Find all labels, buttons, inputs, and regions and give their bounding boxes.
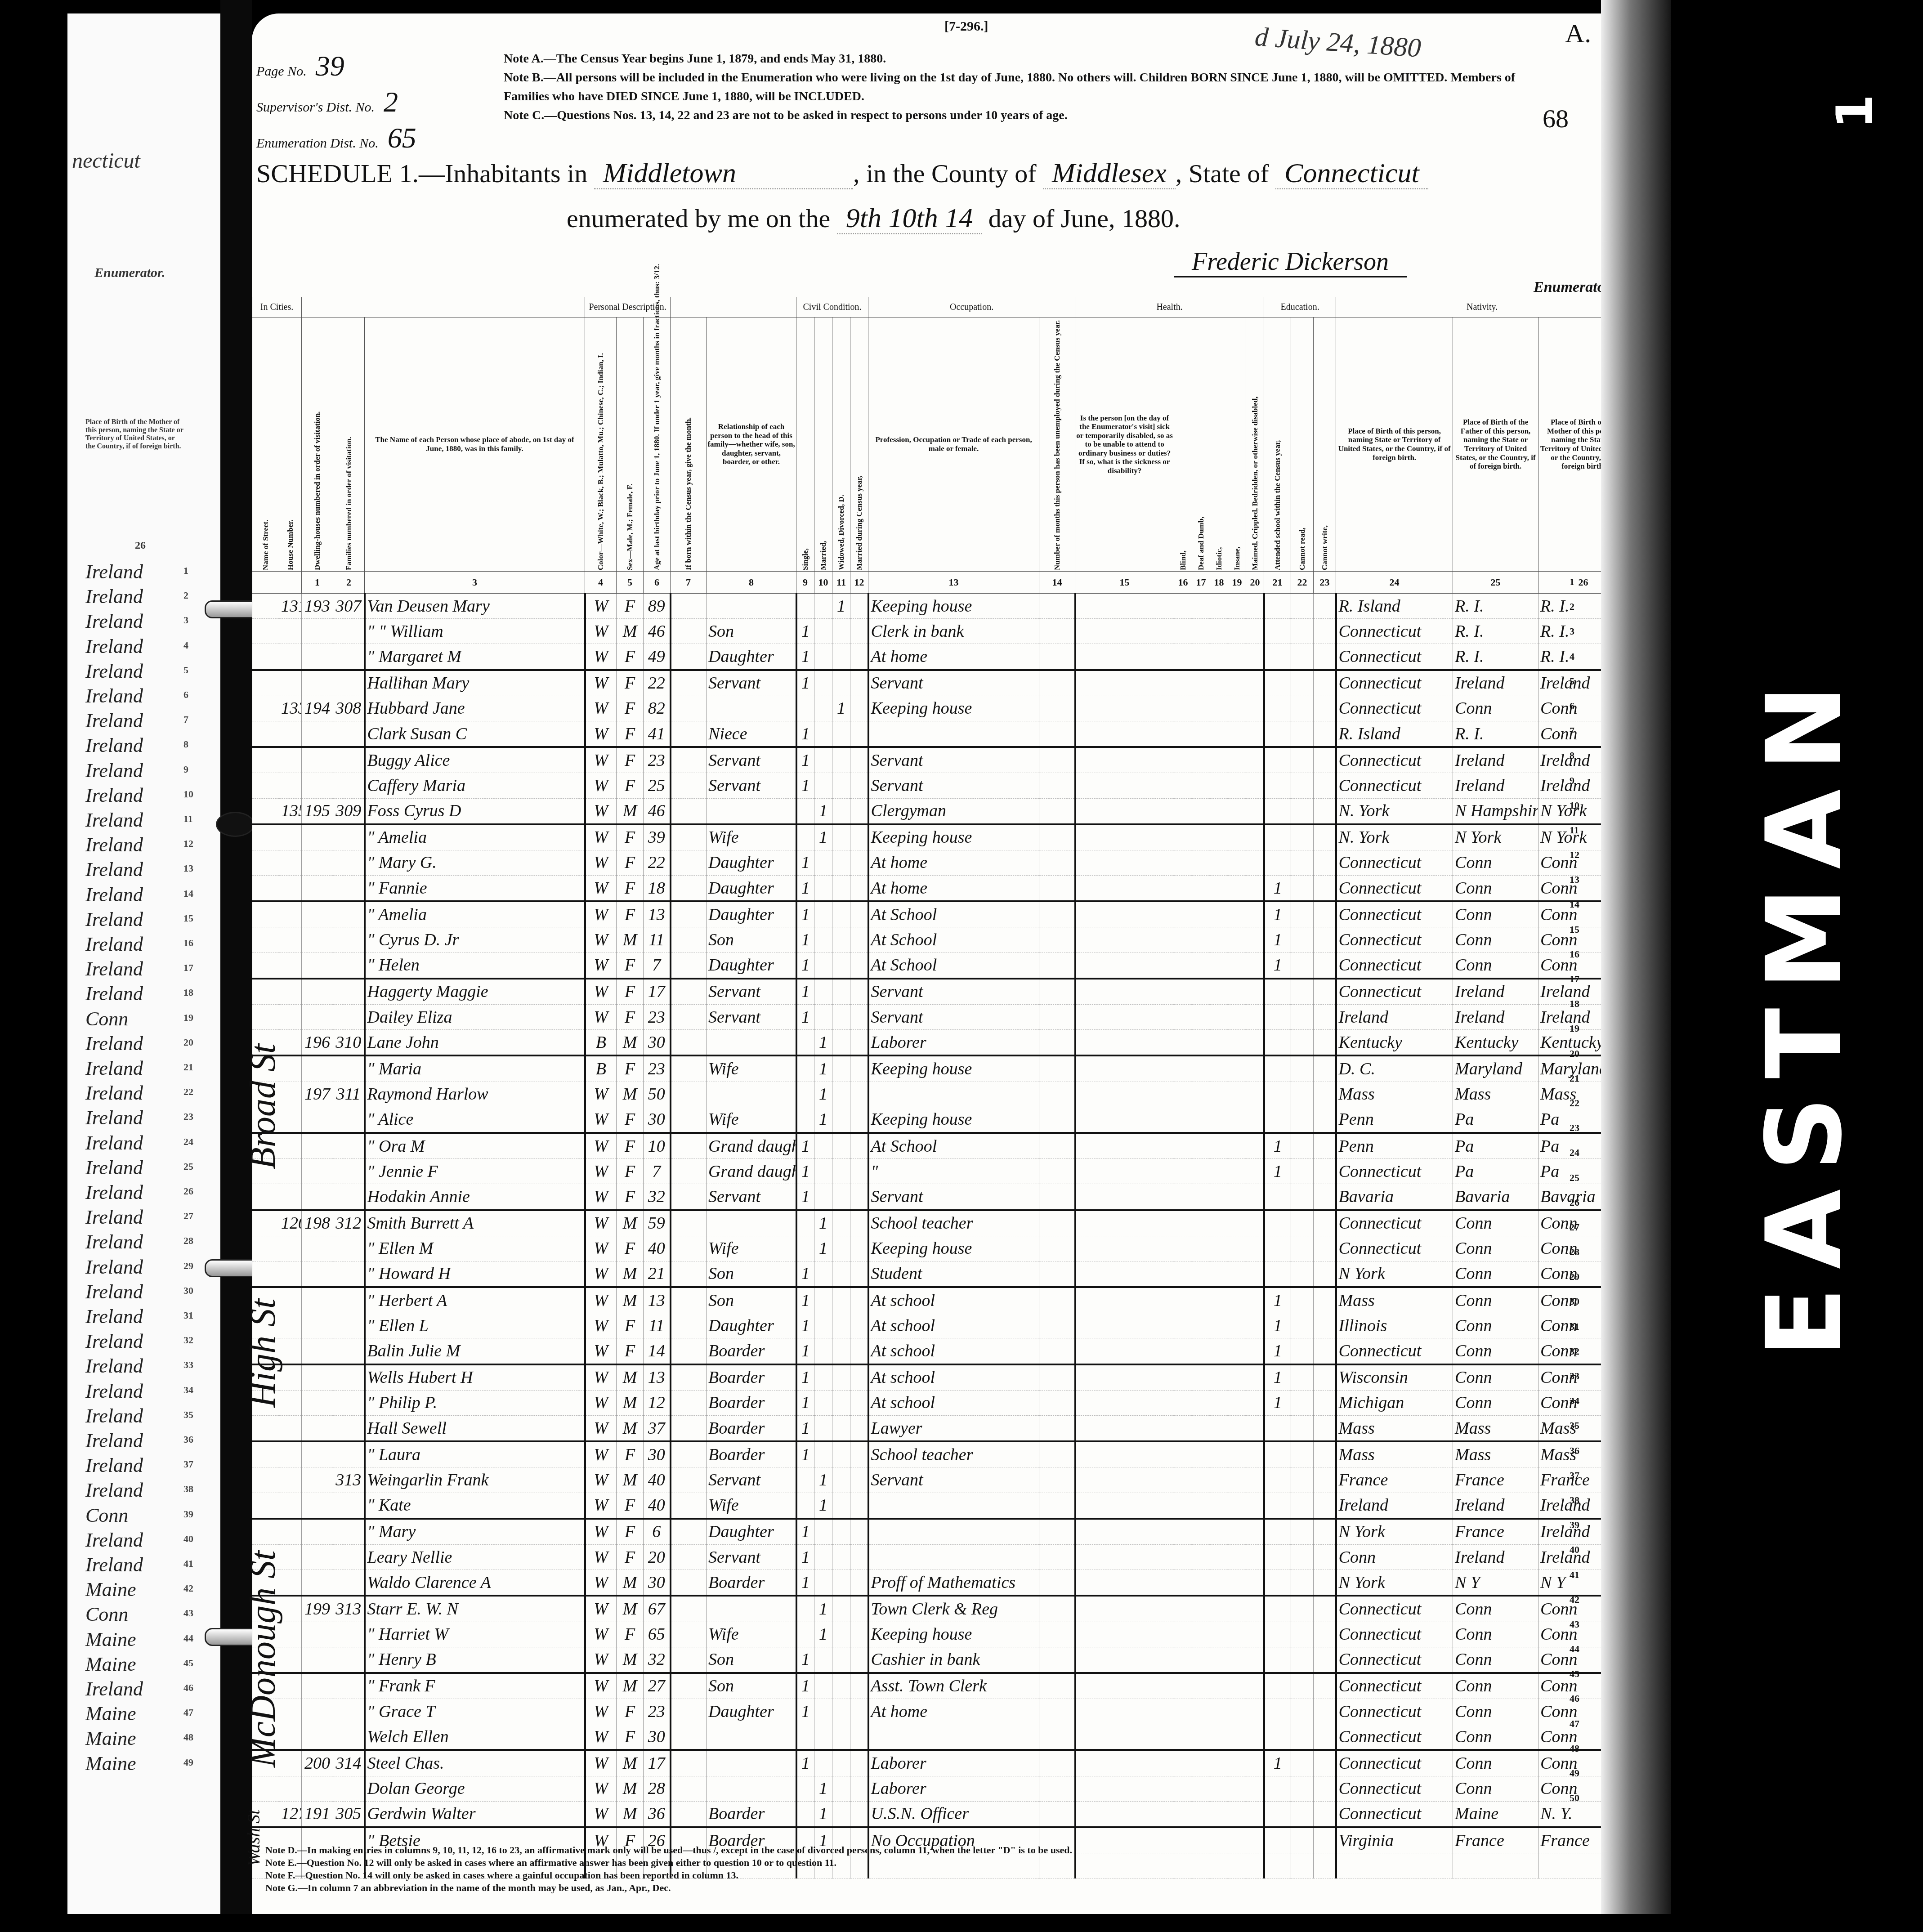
cell-color: B [585, 1030, 617, 1056]
cell-color: W [585, 1544, 617, 1570]
cell-read [1291, 1699, 1314, 1724]
cell-insane [1228, 1493, 1246, 1519]
cell-fam [333, 1776, 365, 1801]
cell-month [671, 1673, 707, 1699]
cell-sex: F [617, 876, 644, 902]
cell-sex: M [617, 1647, 644, 1673]
cell-read [1291, 798, 1314, 824]
cell-fam: 312 [333, 1210, 365, 1236]
column-number: 20 [1246, 572, 1264, 594]
cell-deaf [1192, 1030, 1210, 1056]
cell-school [1264, 619, 1291, 644]
cell-father: Ireland [1453, 979, 1538, 1005]
cell-age: 32 [644, 1647, 671, 1673]
cell-unemp [1039, 876, 1075, 902]
cell-widowed [832, 953, 850, 979]
cell-insane [1228, 876, 1246, 902]
cell-single: 1 [796, 1005, 814, 1030]
cell-maimed [1246, 1750, 1264, 1776]
cell-blind [1174, 1596, 1192, 1622]
cell-idiot [1210, 979, 1228, 1005]
supervisor-district-value: 2 [384, 86, 398, 118]
cell-age: 67 [644, 1596, 671, 1622]
cell-name: Clark Susan C [365, 721, 585, 747]
cell-married: 1 [814, 1107, 832, 1133]
cell-sex: M [617, 1596, 644, 1622]
cell-occ: Servant [868, 979, 1039, 1005]
cell-birth: Connecticut [1336, 953, 1453, 979]
cell-age: 13 [644, 901, 671, 927]
cell-write [1314, 1390, 1336, 1415]
cell-maimed [1246, 1184, 1264, 1210]
cell-sick [1075, 721, 1174, 747]
cell-color: W [585, 1236, 617, 1261]
cell-birth: N York [1336, 1261, 1453, 1287]
cell-married: 1 [814, 1210, 832, 1236]
cell-birth: Connecticut [1336, 1699, 1453, 1724]
cell-blind [1174, 1647, 1192, 1673]
cell-idiot [1210, 1647, 1228, 1673]
row-number: 7 [1570, 718, 1588, 743]
cell-insane [1228, 1338, 1246, 1364]
cell-street [252, 1493, 279, 1519]
cell-mdcy [850, 1261, 868, 1287]
cell-blind [1174, 1005, 1192, 1030]
cell-blind [1174, 1544, 1192, 1570]
cell-dw: 198 [302, 1210, 333, 1236]
cell-unemp [1039, 721, 1075, 747]
cell-insane [1228, 1107, 1246, 1133]
cell-house [279, 670, 302, 696]
cell-write [1314, 1133, 1336, 1159]
column-number: 2 [333, 572, 365, 594]
cell-widowed [832, 1030, 850, 1056]
cell-age: 13 [644, 1364, 671, 1391]
cell-married: 1 [814, 1082, 832, 1107]
cell-father: Pa [1453, 1159, 1538, 1184]
col-blind: Blind, [1174, 318, 1192, 572]
cell-father: R. I. [1453, 644, 1538, 670]
cell-single: 1 [796, 619, 814, 644]
row-number: 40 [1570, 1537, 1588, 1562]
census-table: In Cities. Personal Description. Civil C… [252, 297, 1628, 1878]
cell-mdcy [850, 1287, 868, 1313]
row-number: 9 [1570, 768, 1588, 793]
street-annotation: Broad St [243, 854, 284, 1169]
previous-page-entry: Ireland [85, 1032, 143, 1055]
cell-maimed [1246, 696, 1264, 721]
cell-mdcy [850, 1364, 868, 1391]
cell-sick [1075, 1210, 1174, 1236]
cell-married [814, 1673, 832, 1699]
cell-write [1314, 1030, 1336, 1056]
cell-birth: Connecticut [1336, 619, 1453, 644]
cell-sick [1075, 747, 1174, 773]
cell-sex: F [617, 696, 644, 721]
cell-occ [868, 1724, 1039, 1750]
cell-widowed [832, 1133, 850, 1159]
cell-single: 1 [796, 979, 814, 1005]
cell-blind [1174, 1159, 1192, 1184]
cell-deaf [1192, 1622, 1210, 1647]
cell-name: Dailey Eliza [365, 1005, 585, 1030]
cell-age: 36 [644, 1801, 671, 1827]
cell-father: Conn [1453, 876, 1538, 902]
previous-page-entry: Ireland [85, 1082, 143, 1105]
cell-school [1264, 1776, 1291, 1801]
cell-age: 17 [644, 1750, 671, 1776]
cell-read [1291, 721, 1314, 747]
cell-write [1314, 1622, 1336, 1647]
row-number: 28 [1570, 1239, 1588, 1264]
cell-dw: 194 [302, 696, 333, 721]
cell-idiot [1210, 1776, 1228, 1801]
cell-single: 1 [796, 1261, 814, 1287]
previous-page-row-number: 28 [183, 1235, 193, 1247]
cell-idiot [1210, 644, 1228, 670]
cell-dw [302, 747, 333, 773]
cell-idiot [1210, 927, 1228, 953]
cell-color: W [585, 1313, 617, 1338]
cell-read [1291, 1261, 1314, 1287]
column-number: 21 [1264, 572, 1291, 594]
cell-single: 1 [796, 953, 814, 979]
cell-read [1291, 1544, 1314, 1570]
cell-single: 1 [796, 1647, 814, 1673]
cell-write [1314, 1493, 1336, 1519]
cell-dw [302, 1133, 333, 1159]
cell-maimed [1246, 1005, 1264, 1030]
previous-page-row-number: 45 [183, 1657, 193, 1669]
cell-insane [1228, 1287, 1246, 1313]
cell-write [1314, 798, 1336, 824]
cell-school [1264, 1493, 1291, 1519]
cell-single: 1 [796, 721, 814, 747]
cell-mdcy [850, 1622, 868, 1647]
previous-page-row-number: 49 [183, 1757, 193, 1768]
cell-deaf [1192, 1159, 1210, 1184]
cell-unemp [1039, 824, 1075, 850]
cell-write [1314, 1647, 1336, 1673]
group-in-cities: In Cities. [252, 297, 302, 318]
cell-read [1291, 1390, 1314, 1415]
cell-color: W [585, 1210, 617, 1236]
cell-street [252, 619, 279, 644]
cell-age: 10 [644, 1133, 671, 1159]
cell-age: 46 [644, 798, 671, 824]
cell-birth: Connecticut [1336, 1724, 1453, 1750]
cell-maimed [1246, 1159, 1264, 1184]
cell-color: W [585, 979, 617, 1005]
cell-dw [302, 1261, 333, 1287]
cell-occ: At School [868, 1133, 1039, 1159]
census-row: " " WilliamWM46Son1Clerk in bankConnecti… [252, 619, 1628, 644]
previous-page-row-number: 47 [183, 1707, 193, 1718]
cell-school [1264, 1673, 1291, 1699]
cell-read [1291, 824, 1314, 850]
cell-mdcy [850, 721, 868, 747]
cell-dw [302, 1724, 333, 1750]
previous-page-entry: Maine [85, 1727, 136, 1750]
census-row: 127191305Gerdwin WalterWM36Boarder1U.S.N… [252, 1801, 1628, 1827]
cell-single: 1 [796, 901, 814, 927]
cell-mdcy [850, 696, 868, 721]
cell-write [1314, 1261, 1336, 1287]
cell-blind [1174, 1493, 1192, 1519]
cell-maimed [1246, 619, 1264, 644]
cell-dw [302, 953, 333, 979]
cell-name: Balin Julie M [365, 1338, 585, 1364]
cell-maimed [1246, 1570, 1264, 1596]
previous-page-entry: Ireland [85, 1106, 143, 1129]
cell-street [252, 1416, 279, 1442]
previous-page-row-number: 4 [183, 640, 188, 651]
cell-deaf [1192, 1647, 1210, 1673]
cell-write [1314, 1364, 1336, 1391]
cell-married [814, 1699, 832, 1724]
previous-page-row-number: 10 [183, 788, 193, 800]
state-field: Connecticut [1275, 158, 1428, 189]
column-number: 16 [1174, 572, 1192, 594]
previous-page-row-number: 18 [183, 987, 193, 998]
cell-widowed [832, 1801, 850, 1827]
cell-birth: Connecticut [1336, 696, 1453, 721]
column-number: 19 [1228, 572, 1246, 594]
cell-dw [302, 1570, 333, 1596]
cell-name: " Cyrus D. Jr [365, 927, 585, 953]
cell-occ: Keeping house [868, 1055, 1039, 1082]
cell-idiot [1210, 901, 1228, 927]
cell-month [671, 644, 707, 670]
cell-insane [1228, 1596, 1246, 1622]
cell-sex: F [617, 1313, 644, 1338]
cell-occ: Student [868, 1261, 1039, 1287]
cell-rel: Daughter [707, 850, 796, 875]
cell-write [1314, 1750, 1336, 1776]
row-number: 36 [1570, 1438, 1588, 1463]
cell-father: Conn [1453, 1596, 1538, 1622]
cell-maimed [1246, 670, 1264, 696]
census-row: 135195309Foss Cyrus DWM461ClergymanN. Yo… [252, 798, 1628, 824]
cell-write [1314, 696, 1336, 721]
cell-widowed [832, 1622, 850, 1647]
cell-month [671, 1210, 707, 1236]
cell-insane [1228, 1055, 1246, 1082]
cell-street [252, 798, 279, 824]
cell-name: " Amelia [365, 824, 585, 850]
cell-occ: School teacher [868, 1441, 1039, 1467]
cell-single: 1 [796, 1390, 814, 1415]
census-row: " Mary G.WF22Daughter1At homeConnecticut… [252, 850, 1628, 875]
cell-unemp [1039, 1261, 1075, 1287]
cell-month [671, 1159, 707, 1184]
census-row: " AmeliaWF13Daughter1At School1Connectic… [252, 901, 1628, 927]
group-nativity: Nativity. [1336, 297, 1628, 318]
cell-mdcy [850, 1493, 868, 1519]
cell-single: 1 [796, 1364, 814, 1391]
cell-married [814, 850, 832, 875]
cell-occ: U.S.N. Officer [868, 1801, 1039, 1827]
cell-sick [1075, 901, 1174, 927]
cell-mdcy [850, 1416, 868, 1442]
cell-occ: At School [868, 927, 1039, 953]
cell-school [1264, 594, 1291, 619]
cell-dw [302, 773, 333, 798]
cell-fam [333, 773, 365, 798]
cell-mdcy [850, 979, 868, 1005]
cell-blind [1174, 721, 1192, 747]
cell-widowed [832, 644, 850, 670]
cell-dw [302, 1338, 333, 1364]
previous-page-row-number: 35 [183, 1409, 193, 1421]
cell-insane [1228, 1133, 1246, 1159]
cell-write [1314, 953, 1336, 979]
cell-occ: At school [868, 1287, 1039, 1313]
cell-idiot [1210, 1236, 1228, 1261]
previous-page-entry: Ireland [85, 1305, 143, 1328]
cell-school: 1 [1264, 1750, 1291, 1776]
previous-page-row-number: 39 [183, 1508, 193, 1520]
form-code: [7-296.] [944, 19, 988, 34]
cell-read [1291, 1364, 1314, 1391]
census-row: 120198312Smith Burrett AWM591School teac… [252, 1210, 1628, 1236]
cell-father: Conn [1453, 1776, 1538, 1801]
cell-month [671, 1390, 707, 1415]
previous-page-column-number: 26 [135, 540, 146, 552]
cell-read [1291, 979, 1314, 1005]
county-field: Middlesex [1043, 158, 1176, 189]
cell-age: 12 [644, 1390, 671, 1415]
cell-name: Hall Sewell [365, 1416, 585, 1442]
row-number: 33 [1570, 1364, 1588, 1388]
cell-occ: At home [868, 1699, 1039, 1724]
cell-deaf [1192, 1210, 1210, 1236]
cell-sex: F [617, 644, 644, 670]
cell-father: Conn [1453, 1673, 1538, 1699]
cell-blind [1174, 670, 1192, 696]
cell-married: 1 [814, 1055, 832, 1082]
cell-read [1291, 1082, 1314, 1107]
cell-age: 30 [644, 1107, 671, 1133]
cell-birth: Connecticut [1336, 1750, 1453, 1776]
previous-page-entry: Ireland [85, 784, 143, 807]
cell-age: 30 [644, 1441, 671, 1467]
cell-mdcy [850, 1030, 868, 1056]
row-number: 21 [1570, 1066, 1588, 1091]
cell-deaf [1192, 1724, 1210, 1750]
cell-widowed [832, 850, 850, 875]
previous-page-entry: Ireland [85, 908, 143, 931]
cell-sex: F [617, 1236, 644, 1261]
cell-fam [333, 1390, 365, 1415]
cell-married [814, 670, 832, 696]
cell-sex: M [617, 1673, 644, 1699]
row-number: 20 [1570, 1041, 1588, 1066]
cell-unemp [1039, 1133, 1075, 1159]
cell-father: France [1453, 1519, 1538, 1545]
cell-blind [1174, 1622, 1192, 1647]
previous-page-row-number: 29 [183, 1260, 193, 1272]
col-maimed: Maimed, Crippled, Bedridden, or otherwis… [1246, 318, 1264, 572]
cell-sex: F [617, 1622, 644, 1647]
cell-rel: Servant [707, 979, 796, 1005]
cell-father: France [1453, 1467, 1538, 1493]
cell-fam [333, 670, 365, 696]
census-row: Caffery MariaWF25Servant1ServantConnecti… [252, 773, 1628, 798]
cell-idiot [1210, 747, 1228, 773]
cell-birth: Wisconsin [1336, 1364, 1453, 1391]
cell-maimed [1246, 979, 1264, 1005]
column-number: 4 [585, 572, 617, 594]
previous-page-entry: Ireland [85, 957, 143, 980]
previous-page-row-number: 11 [183, 813, 193, 825]
cell-color: W [585, 953, 617, 979]
cell-fam [333, 1313, 365, 1338]
cell-sex: M [617, 1261, 644, 1287]
census-row: " KateWF40Wife1IrelandIrelandIreland [252, 1493, 1628, 1519]
cell-blind [1174, 1107, 1192, 1133]
cell-sick [1075, 1750, 1174, 1776]
row-number: 18 [1570, 991, 1588, 1016]
census-row: 313Weingarlin FrankWM40Servant1ServantFr… [252, 1467, 1628, 1493]
cell-school [1264, 1647, 1291, 1673]
cell-sick [1075, 1236, 1174, 1261]
cell-idiot [1210, 1544, 1228, 1570]
cell-rel: Boarder [707, 1441, 796, 1467]
cell-sex: F [617, 824, 644, 850]
census-row: " Howard HWM21Son1StudentN YorkConnConn [252, 1261, 1628, 1287]
cell-month [671, 927, 707, 953]
row-number: 31 [1570, 1314, 1588, 1339]
row-number: 47 [1570, 1711, 1588, 1736]
cell-write [1314, 1313, 1336, 1338]
cell-deaf [1192, 1236, 1210, 1261]
cell-father: Conn [1453, 1338, 1538, 1364]
column-number: 15 [1075, 572, 1174, 594]
cell-maimed [1246, 901, 1264, 927]
cell-married [814, 1390, 832, 1415]
cell-fam: 314 [333, 1750, 365, 1776]
row-number: 19 [1570, 1016, 1588, 1041]
cell-mdcy [850, 1647, 868, 1673]
cell-blind [1174, 1210, 1192, 1236]
cell-house [279, 747, 302, 773]
cell-write [1314, 644, 1336, 670]
cell-sick [1075, 1055, 1174, 1082]
census-row: " Cyrus D. JrWM11Son1At School1Connectic… [252, 927, 1628, 953]
cell-name: Starr E. W. N [365, 1596, 585, 1622]
previous-page-entry: Maine [85, 1752, 136, 1775]
cell-idiot [1210, 1055, 1228, 1082]
cell-fam: 308 [333, 696, 365, 721]
census-row: 200314Steel Chas.WM171Laborer1Connecticu… [252, 1750, 1628, 1776]
cell-sex: F [617, 1699, 644, 1724]
census-row: Waldo Clarence AWM30Boarder1Proff of Mat… [252, 1570, 1628, 1596]
cell-occ [868, 721, 1039, 747]
cell-age: 7 [644, 953, 671, 979]
cell-married [814, 644, 832, 670]
cell-street [252, 1519, 279, 1545]
cell-mdcy [850, 798, 868, 824]
cell-month [671, 1801, 707, 1827]
cell-blind [1174, 1236, 1192, 1261]
cell-dw [302, 876, 333, 902]
cell-house: 133 [279, 696, 302, 721]
cell-insane [1228, 1441, 1246, 1467]
cell-father: Pa [1453, 1133, 1538, 1159]
film-border-bottom [0, 1914, 1923, 1932]
cell-sex: F [617, 1338, 644, 1364]
